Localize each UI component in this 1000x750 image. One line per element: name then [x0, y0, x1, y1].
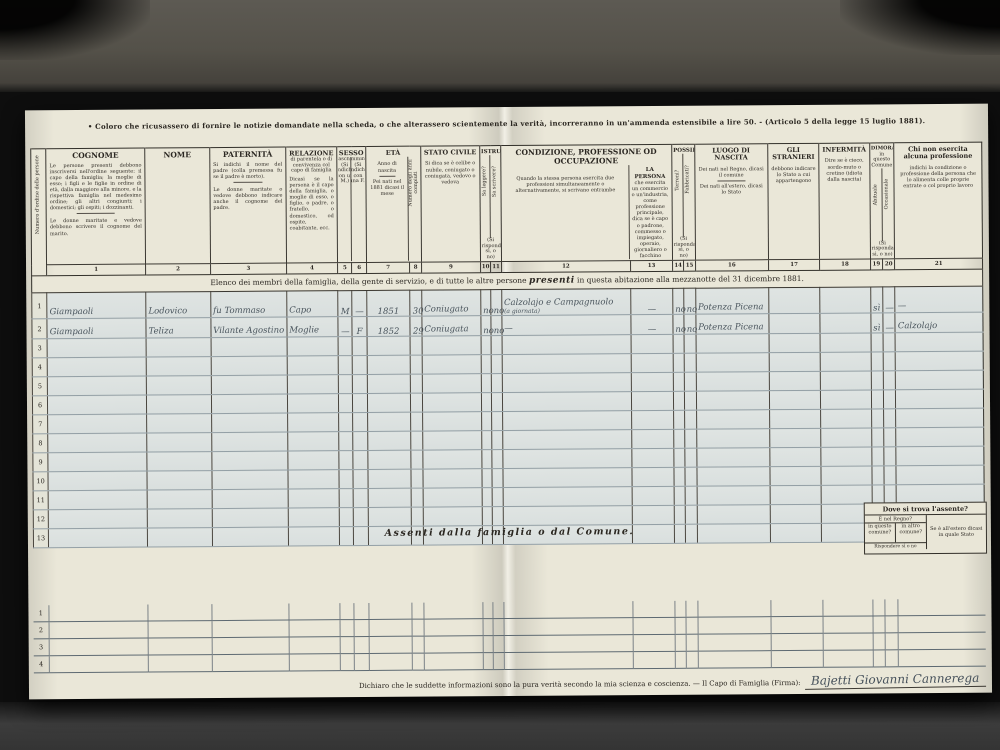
row-number: 5 — [32, 377, 47, 396]
presenti-rows: 1 Giampaoli Lodovico fu Tommaso Capo M —… — [32, 286, 985, 548]
cell-terreni — [673, 410, 685, 429]
cell-stranieri — [769, 287, 821, 313]
cell-paternita — [212, 508, 288, 528]
cell-dimora-abituale — [871, 371, 883, 390]
cell-luogo-nascita — [697, 486, 770, 506]
cell-terreni — [674, 486, 686, 505]
cell-anno-nascita — [368, 507, 412, 526]
cell-infermita — [820, 352, 871, 371]
cell-chi-non-esercita — [896, 389, 984, 409]
cell-infermita — [821, 371, 872, 390]
col-stato-civile: STATO CIVILE Si dica se è celibe o nubil… — [421, 146, 481, 263]
col-luogo-nascita: LUOGO DI NASCITA Dei nati nel Regno, dic… — [694, 144, 768, 261]
cell-chi-non-esercita: — — [895, 286, 983, 313]
col-chi-non-esercita: Chi non esercita alcuna professione indi… — [894, 142, 982, 259]
cell-stranieri — [770, 428, 821, 447]
head-of-family-signature: Bajetti Giovanni Cannerega — [804, 671, 986, 690]
cell-condizione — [502, 392, 631, 412]
row-number: 12 — [33, 510, 48, 529]
cell-paternita: Vilante Agostino — [211, 317, 287, 338]
cell-fabbricati — [685, 448, 697, 467]
cell-anno-nascita — [368, 469, 412, 488]
cell-sesso-f — [353, 451, 367, 470]
cell-cognome — [48, 490, 147, 510]
cell-sesso-f — [353, 356, 367, 375]
cell-cognome — [48, 395, 147, 415]
cell-stato-civile — [422, 355, 481, 374]
cell-fabbricati — [685, 467, 697, 486]
col-anno-nascita: Anno di nascita Pei nati nel 1881 dicasi… — [367, 157, 408, 261]
row-number: 9 — [33, 453, 48, 472]
cell-relazione — [287, 413, 338, 432]
cell-terreni — [673, 372, 685, 391]
cell-stranieri — [769, 390, 820, 409]
cell-relazione — [288, 508, 339, 527]
cell-anno-nascita — [367, 412, 411, 431]
cell-luogo-nascita: Potenza Picena — [695, 288, 768, 315]
cell-cognome — [47, 338, 146, 358]
cell-sesso-f — [352, 337, 366, 356]
cell-sesso-m: M — [338, 291, 352, 317]
assenti-table: 1 — [33, 599, 985, 674]
cell-condizione — [502, 430, 631, 450]
cell-stato-civile — [423, 469, 482, 488]
col-dimora-occasionale: Occasionale — [881, 169, 893, 241]
cell-relazione — [288, 489, 339, 508]
cell-condizione — [503, 449, 632, 469]
cell-condizione — [502, 411, 631, 431]
col-terreni: Terreni? — [673, 154, 683, 237]
cell-anno-nascita — [367, 374, 411, 393]
cell-dimora-occasionale: — — [883, 313, 895, 333]
cell-cognome — [48, 376, 147, 396]
cell-cognome — [48, 452, 147, 472]
cell-luogo-nascita — [696, 391, 769, 411]
cell-condizione: Calzolajo e Campagnuolo(a giornata) — [501, 289, 631, 316]
cell-cognome — [48, 471, 147, 491]
cell-infermita — [820, 313, 871, 333]
cell-la-persona — [631, 391, 673, 410]
background-bottom-strip — [0, 702, 1000, 750]
cell-sesso-f — [354, 489, 368, 508]
col-infermita: INFERMITÀ Dire se è cieco, sordo-muto o … — [819, 143, 870, 259]
cell-fabbricati — [685, 391, 697, 410]
cell-nome — [147, 452, 212, 471]
cell-infermita — [821, 390, 872, 409]
cell-anni — [412, 507, 424, 526]
cell-stranieri — [770, 504, 821, 523]
cell-sesso-f — [353, 375, 367, 394]
cell-nome — [147, 433, 212, 452]
col-group-dimora: DIMORA in questo Comune Abituale Occasio… — [869, 143, 895, 259]
col-stranieri: GLI STRANIERI debbono indicare lo Stato … — [768, 143, 820, 259]
cell-anni — [411, 469, 423, 488]
cell-chi-non-esercita — [896, 427, 984, 447]
cell-luogo-nascita — [697, 448, 770, 468]
cell-luogo-nascita: Potenza Picena — [696, 314, 769, 335]
cell-terreni: no — [673, 314, 685, 334]
cell-sa-scrivere — [491, 336, 502, 355]
background-shadow-right — [840, 0, 1000, 55]
cell-anno-nascita — [368, 450, 412, 469]
cell-terreni — [673, 353, 685, 372]
cell-relazione — [287, 394, 338, 413]
cell-stranieri — [770, 447, 821, 466]
row-number: 11 — [33, 491, 48, 510]
col-numero-ordine: Numero d'ordine delle persone — [31, 149, 47, 276]
cell-anni — [411, 412, 423, 431]
cell-dimora-abituale: sì — [870, 287, 883, 313]
cell-anni: 30 — [410, 290, 422, 316]
cell-anni: 29 — [410, 316, 422, 336]
cell-luogo-nascita — [697, 467, 770, 487]
col-sesso-femminile: Femminile (Si indichi con una F.) — [351, 157, 365, 261]
cell-dimora-occasionale: — — [883, 287, 896, 313]
cell-anno-nascita — [367, 336, 411, 355]
col-dimora-abituale: Abituale — [871, 169, 882, 241]
cell-sa-leggere: no — [481, 316, 492, 336]
cell-sesso-m — [338, 356, 352, 375]
cell-stranieri — [769, 409, 820, 428]
cell-luogo-nascita — [697, 505, 770, 525]
cell-relazione: Capo — [287, 291, 339, 317]
row-number: 2 — [34, 622, 49, 639]
cell-stranieri — [769, 333, 820, 352]
cell-sa-scrivere — [492, 412, 503, 431]
col-group-istruzione: ISTRUZIONE Sa leggere? Sa scrivere? — [479, 146, 501, 262]
cell-relazione — [288, 451, 339, 470]
cell-stato-civile — [422, 412, 481, 431]
row-number: 8 — [33, 434, 48, 453]
cell-sesso-m — [338, 375, 352, 394]
cell-dimora-occasionale — [884, 466, 896, 485]
row-number: 6 — [32, 396, 47, 415]
cell-chi-non-esercita — [896, 351, 984, 371]
cell-relazione — [287, 356, 338, 375]
col-relazione: RELAZIONE di parentela o di convivenza c… — [286, 147, 338, 263]
cell-fabbricati — [685, 486, 697, 505]
presenti-table: Numero d'ordine delle persone COGNOME Le… — [30, 142, 985, 549]
cell-cognome — [47, 357, 146, 377]
cell-dimora-abituale — [871, 352, 883, 371]
cell-sesso-m — [338, 337, 352, 356]
cell-nome: Teliza — [146, 318, 211, 338]
cell-paternita — [211, 413, 287, 433]
cell-anni — [411, 431, 423, 450]
cell-relazione — [287, 337, 338, 356]
cell-condizione — [502, 335, 631, 355]
cell-nome — [147, 395, 212, 414]
cell-la-persona — [631, 334, 673, 353]
cell-terreni: no — [673, 288, 685, 314]
cell-anni — [411, 450, 423, 469]
cell-la-persona — [632, 505, 674, 524]
cell-sesso-f — [353, 470, 367, 489]
cell-sesso-m — [339, 413, 353, 432]
row-number: 2 — [32, 319, 47, 339]
cell-paternita: fu Tommaso — [210, 291, 286, 318]
cell-sa-scrivere — [491, 355, 502, 374]
cell-stato-civile: Coniugata — [422, 316, 481, 336]
cell-infermita — [820, 287, 871, 313]
cell-fabbricati: no — [684, 314, 696, 334]
cell-nome — [146, 357, 211, 376]
cell-dimora-occasionale — [884, 447, 896, 466]
cell-paternita — [211, 375, 287, 395]
cell-nome — [146, 376, 211, 395]
cell-infermita — [820, 333, 871, 352]
cell-paternita — [212, 451, 288, 471]
row-number: 1 — [33, 605, 48, 622]
cell-chi-non-esercita — [896, 408, 984, 428]
cell-sesso-m — [339, 394, 353, 413]
cell-stato-civile — [422, 336, 481, 355]
declaration-line: Dichiaro che le suddette informazioni so… — [359, 672, 986, 692]
cell-chi-non-esercita — [896, 446, 984, 466]
col-anni-compiuti: Numero degli anni compiuti — [407, 157, 420, 261]
cell-stranieri — [769, 313, 820, 333]
cell-infermita — [821, 466, 872, 485]
cell-sa-scrivere — [492, 450, 503, 469]
cell-nome — [147, 509, 212, 528]
cell-condizione — [503, 487, 632, 507]
cell-la-persona — [631, 372, 673, 391]
row-number: 10 — [33, 472, 48, 491]
cell-dimora-abituale — [871, 333, 883, 352]
assenti-rows: 1 — [33, 599, 985, 673]
cell-stato-civile — [423, 450, 482, 469]
cell-paternita — [211, 432, 287, 452]
cell-fabbricati — [686, 505, 698, 524]
cell-dimora-abituale — [871, 390, 883, 409]
cell-terreni — [674, 467, 686, 486]
cell-anni — [411, 374, 423, 393]
cell-fabbricati — [685, 429, 697, 448]
cell-nome — [147, 471, 212, 490]
cell-sesso-f — [353, 394, 367, 413]
cell-dimora-occasionale — [883, 390, 895, 409]
cell-anno-nascita: 1852 — [367, 316, 411, 336]
cell-dimora-occasionale — [883, 371, 895, 390]
row-number: 4 — [32, 358, 47, 377]
cell-la-persona — [632, 486, 674, 505]
cell-cognome — [48, 414, 147, 434]
cell-stato-civile: Coniugato — [422, 290, 481, 316]
cell-dimora-abituale — [871, 428, 883, 447]
col-sesso-maschile: Maschile (Si indichi con un M.) — [338, 158, 351, 262]
row-number: 1 — [32, 293, 47, 319]
cell-paternita — [211, 394, 287, 414]
cell-dimora-occasionale — [883, 352, 895, 371]
cell-la-persona — [632, 410, 674, 429]
cell-sesso-f — [354, 508, 368, 527]
cell-anno-nascita — [367, 393, 411, 412]
cell-la-persona — [631, 353, 673, 372]
cell-stato-civile — [422, 374, 481, 393]
cell-cognome: Giampaoli — [47, 318, 146, 339]
cell-dimora-abituale — [871, 447, 883, 466]
cell-fabbricati — [684, 353, 696, 372]
col-fabbricati: Fabbricati? — [683, 154, 694, 237]
cell-terreni — [674, 429, 686, 448]
cell-anni — [411, 355, 423, 374]
cell-anno-nascita: 1851 — [366, 290, 410, 316]
cell-dimora-occasionale — [884, 428, 896, 447]
cell-stato-civile — [423, 431, 482, 450]
cell-sesso-f: F — [352, 317, 366, 337]
cell-sesso-f: — — [352, 291, 366, 317]
cell-relazione — [288, 470, 339, 489]
cell-sesso-m: — — [338, 317, 352, 337]
cell-condizione — [502, 373, 631, 393]
cell-anno-nascita — [367, 355, 411, 374]
cell-nome: Lodovico — [146, 292, 211, 318]
cell-sa-leggere — [481, 393, 492, 412]
cell-sesso-m — [339, 489, 353, 508]
cell-stranieri — [770, 466, 821, 485]
cell-infermita — [821, 409, 872, 428]
cell-infermita — [821, 447, 872, 466]
cell-chi-non-esercita: Calzolajo — [895, 312, 983, 333]
cell-nome — [147, 414, 212, 433]
cell-sesso-f — [353, 432, 367, 451]
cell-stato-civile — [423, 488, 482, 507]
cell-luogo-nascita — [696, 334, 769, 354]
cell-sa-leggere — [481, 412, 492, 431]
row-number: 4 — [34, 656, 49, 673]
col-nome: NOME — [145, 148, 210, 265]
cell-dimora-abituale — [871, 409, 883, 428]
cell-la-persona — [632, 467, 674, 486]
cell-sa-leggere — [481, 336, 492, 355]
row-number: 7 — [33, 415, 48, 434]
cell-stato-civile — [422, 393, 481, 412]
cell-anni — [410, 336, 422, 355]
col-la-persona: LA PERSONA che esercita un commercio o u… — [628, 165, 670, 259]
col-paternita: PATERNITÀ Si indichi il nome del padre (… — [209, 147, 286, 264]
cell-stranieri — [770, 485, 821, 504]
col-sa-scrivere: Sa scrivere? — [490, 155, 500, 238]
cell-sa-leggere: no — [481, 290, 492, 316]
census-sheet: • Coloro che ricusassero di fornire le n… — [25, 104, 992, 700]
cell-anni — [411, 393, 423, 412]
cell-luogo-nascita — [696, 372, 769, 392]
cell-chi-non-esercita — [896, 370, 984, 390]
col-group-sesso: SESSO Maschile (Si indichi con un M.) Fe… — [337, 146, 366, 262]
cell-infermita — [821, 485, 872, 504]
cell-stato-civile — [423, 507, 482, 526]
cell-dimora-occasionale — [884, 409, 896, 428]
cell-relazione — [288, 432, 339, 451]
cell-cognome — [48, 509, 147, 529]
cell-fabbricati — [684, 334, 696, 353]
col-cognome: COGNOME Le persone presenti debbono insc… — [46, 148, 146, 265]
cell-dimora-occasionale — [883, 333, 895, 352]
cell-cognome — [48, 433, 147, 453]
cell-sa-scrivere — [492, 374, 503, 393]
cell-sa-scrivere — [492, 488, 503, 507]
cell-terreni — [674, 505, 686, 524]
cell-sesso-m — [339, 470, 353, 489]
cell-la-persona: — — [631, 314, 673, 334]
cell-luogo-nascita — [696, 429, 769, 449]
cell-sesso-m — [339, 508, 353, 527]
cell-sa-leggere — [482, 507, 493, 526]
cell-relazione: Moglie — [287, 317, 338, 337]
cell-dimora-occasionale — [884, 485, 896, 504]
col-group-condizione: CONDIZIONE, PROFESSIONE OD OCCUPAZIONE Q… — [500, 144, 672, 261]
cell-anni — [412, 488, 424, 507]
cell-stranieri — [769, 352, 820, 371]
cell-paternita — [211, 356, 287, 376]
cell-nome — [146, 338, 211, 357]
cell-la-persona: — — [631, 288, 673, 314]
cell-condizione — [503, 468, 632, 488]
cell-sa-scrivere — [492, 393, 503, 412]
cell-sa-scrivere — [492, 507, 503, 526]
cell-anno-nascita — [367, 431, 411, 450]
cell-sa-scrivere — [492, 469, 503, 488]
penalty-notice: • Coloro che ricusassero di fornire le n… — [73, 116, 940, 131]
col-condizione-note: Quando la stessa persona esercita due pr… — [502, 165, 629, 260]
cell-sa-leggere — [482, 488, 493, 507]
cell-nome — [147, 490, 212, 509]
cell-chi-non-esercita — [895, 332, 983, 352]
background-shadow-left — [0, 0, 150, 60]
row-number: 3 — [32, 339, 47, 358]
cell-dimora-abituale — [872, 466, 884, 485]
cell-cognome: Giampaoli — [47, 292, 146, 319]
row-number: 3 — [34, 639, 49, 656]
cell-terreni — [673, 391, 685, 410]
col-group-eta: ETÀ Anno di nascita Pei nati nel 1881 di… — [365, 146, 421, 262]
cell-fabbricati — [685, 410, 697, 429]
cell-sa-scrivere — [492, 431, 503, 450]
cell-stranieri — [769, 371, 820, 390]
cell-dimora-abituale: sì — [871, 313, 883, 333]
cell-la-persona — [632, 448, 674, 467]
cell-sa-leggere — [482, 450, 493, 469]
col-group-possiede: POSSIEDE? Terreni? Fabbricati? (Si — [672, 144, 696, 260]
cell-fabbricati — [685, 372, 697, 391]
cell-sa-leggere — [481, 374, 492, 393]
cell-sesso-m — [339, 451, 353, 470]
cell-sa-leggere — [482, 469, 493, 488]
photo-stage: • Coloro che ricusassero di fornire le n… — [0, 0, 1000, 750]
cell-luogo-nascita — [696, 353, 769, 373]
cell-la-persona — [632, 429, 674, 448]
cell-anno-nascita — [368, 488, 412, 507]
cell-dimora-abituale — [872, 485, 884, 504]
cell-paternita — [211, 337, 287, 357]
cell-terreni — [674, 448, 686, 467]
cell-condizione: — — [502, 315, 631, 336]
cell-luogo-nascita — [696, 410, 769, 430]
cell-paternita — [212, 489, 288, 509]
cell-infermita — [821, 428, 872, 447]
cell-paternita — [212, 470, 288, 490]
cell-relazione — [287, 375, 338, 394]
cell-terreni — [673, 334, 685, 353]
cell-condizione — [503, 506, 632, 526]
cell-sesso-f — [353, 413, 367, 432]
cell-sa-leggere — [481, 431, 492, 450]
cell-sa-leggere — [481, 355, 492, 374]
cell-fabbricati: no — [684, 288, 696, 314]
cell-sesso-m — [339, 432, 353, 451]
cell-chi-non-esercita — [896, 465, 984, 485]
cell-condizione — [502, 354, 631, 374]
